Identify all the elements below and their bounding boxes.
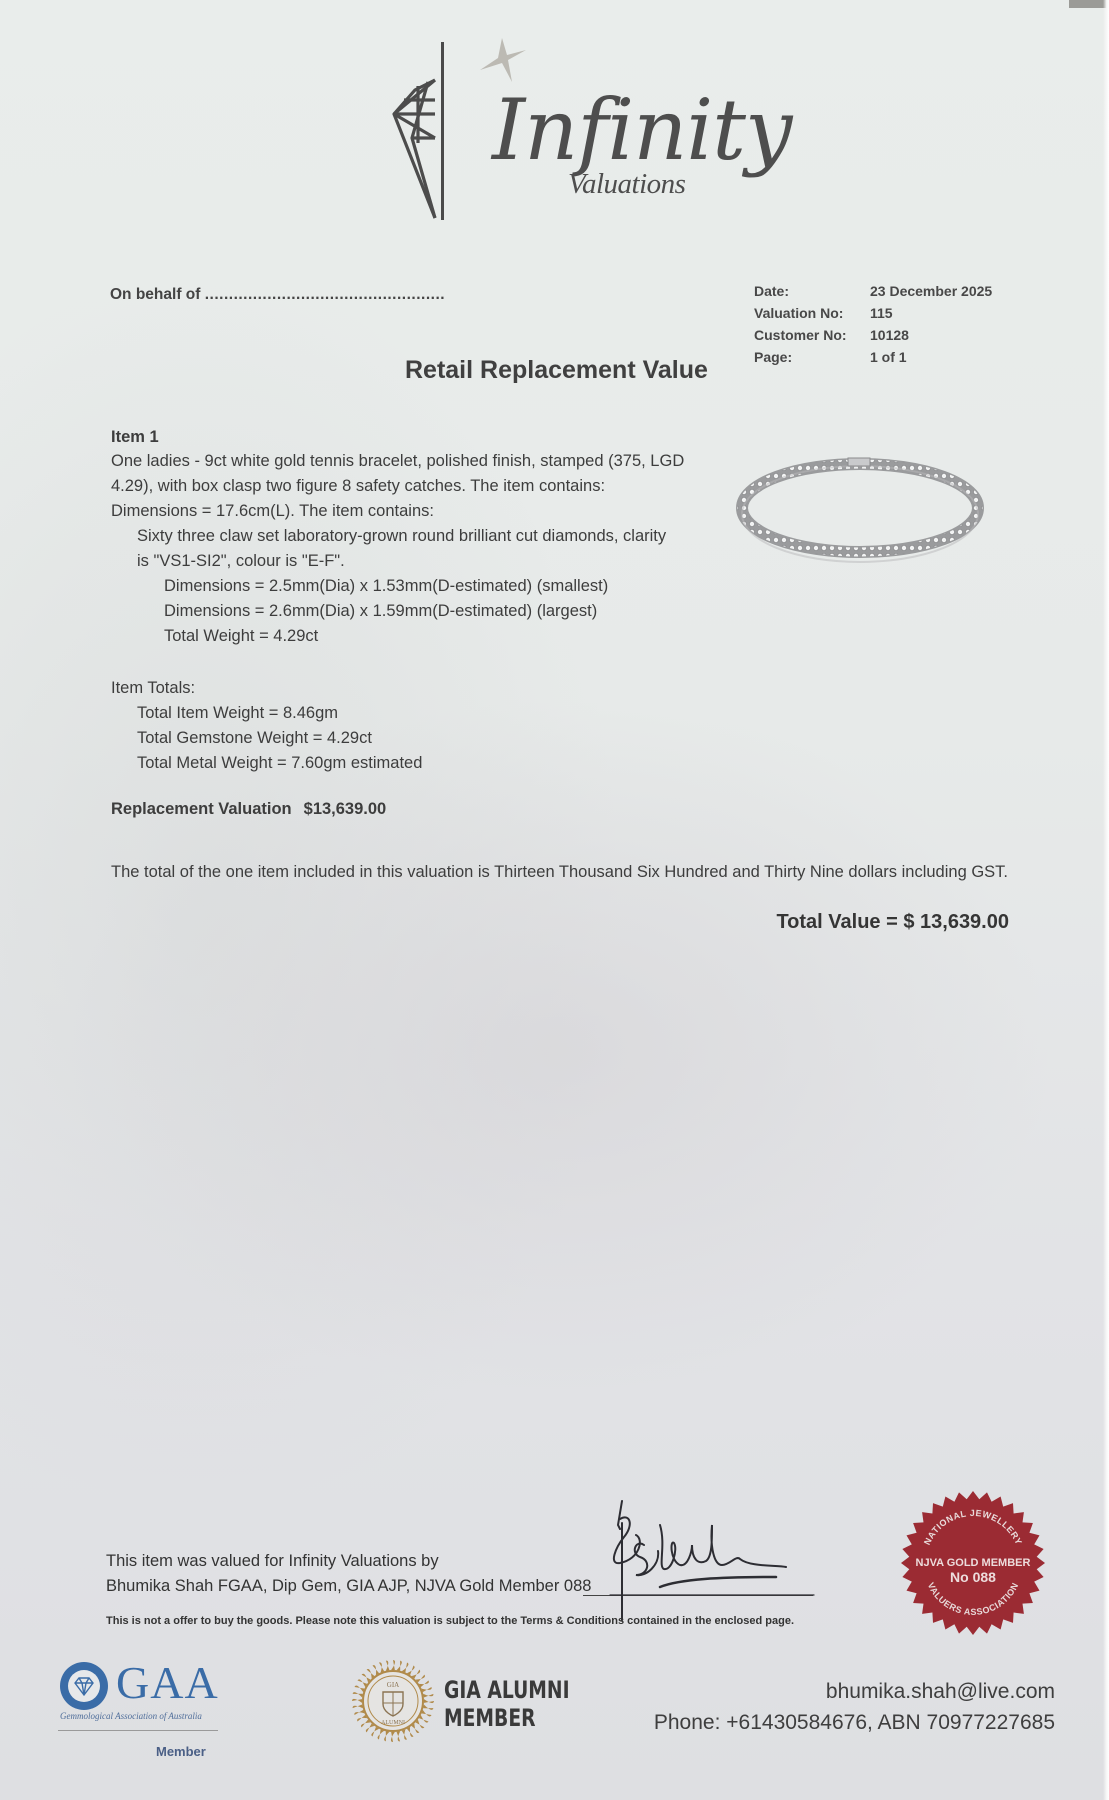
gia-emblem-top: GIA: [387, 1681, 399, 1689]
contact-phone-abn: Phone: +61430584676, ABN 70977227685: [654, 1707, 1055, 1738]
gaa-member-logo: GAA Gemmological Association of Australi…: [58, 1660, 228, 1760]
brand-name: Infinity: [492, 88, 791, 172]
document-title: Retail Replacement Value: [405, 358, 708, 383]
signature: [600, 1495, 830, 1625]
gaa-divider: [58, 1730, 218, 1731]
valuer-line-1: This item was valued for Infinity Valuat…: [106, 1549, 591, 1574]
paper-edge: [1103, 0, 1109, 1800]
seal-line-1: NJVA GOLD MEMBER: [916, 1557, 1031, 1569]
total-gemstone-weight: Total Gemstone Weight = 4.29ct: [137, 726, 372, 751]
on-behalf-label: On behalf of: [110, 286, 200, 303]
replacement-label: Replacement Valuation: [111, 800, 292, 818]
replacement-amount: $13,639.00: [304, 800, 387, 818]
meta-valuation-no: Valuation No: 115: [754, 302, 992, 324]
item-dimensions: Dimensions = 17.6cm(L). The item contain…: [111, 499, 434, 524]
stone-total-weight: Total Weight = 4.29ct: [164, 624, 318, 649]
njva-gold-member-seal: NATIONAL JEWELLERY NJVA GOLD MEMBER No 0…: [898, 1488, 1048, 1638]
total-metal-weight: Total Metal Weight = 7.60gm estimated: [137, 751, 422, 776]
valuer-credentials: Bhumika Shah FGAA, Dip Gem, GIA AJP, NJV…: [106, 1574, 591, 1599]
meta-date: Date: 23 December 2025: [754, 280, 992, 302]
meta-page: Page: 1 of 1: [754, 346, 992, 368]
gaa-name: GAA: [116, 1656, 219, 1709]
total-in-words: The total of the one item included in th…: [111, 859, 1011, 885]
total-value: Total Value = $ 13,639.00: [776, 910, 1009, 935]
valuation-meta: Date: 23 December 2025 Valuation No: 115…: [754, 280, 992, 368]
meta-label: Page:: [754, 346, 870, 368]
total-item-weight: Total Item Weight = 8.46gm: [137, 701, 338, 726]
stones-description: Sixty three claw set laboratory-grown ro…: [137, 524, 666, 549]
contact-email[interactable]: bhumika.shah@live.com: [654, 1676, 1055, 1707]
meta-label: Valuation No:: [754, 302, 870, 324]
brand-subtitle: Valuations: [568, 168, 685, 201]
item-totals-heading: Item Totals:: [111, 676, 195, 701]
item-heading: Item 1: [111, 425, 159, 450]
seal-line-2: No 088: [950, 1569, 996, 1585]
gia-alumni-logo: GIA ALUMNI GIA ALUMNI MEMBER: [350, 1658, 590, 1758]
meta-value: 115: [870, 302, 893, 324]
stone-dimensions-largest: Dimensions = 2.6mm(Dia) x 1.59mm(D-estim…: [164, 599, 597, 624]
gia-emblem-bottom: ALUMNI: [381, 1720, 405, 1726]
gaa-full-name: Gemmological Association of Australia: [60, 1711, 202, 1721]
on-behalf-blank: ........................................…: [205, 286, 445, 303]
gia-alumni-text: GIA ALUMNI MEMBER: [444, 1676, 570, 1732]
meta-value: 10128: [870, 324, 909, 346]
gia-alumni-emblem-icon: GIA ALUMNI: [350, 1658, 436, 1744]
meta-label: Customer No:: [754, 324, 870, 346]
meta-value: 23 December 2025: [870, 280, 992, 302]
valuation-document: Infinity Valuations On behalf of .......…: [0, 0, 1109, 1800]
gaa-diamond-emblem-icon: [58, 1660, 114, 1716]
meta-label: Date:: [754, 280, 870, 302]
contact-details: bhumika.shah@live.com Phone: +6143058467…: [654, 1676, 1055, 1738]
infinity-valuations-logo: Infinity Valuations: [390, 38, 750, 248]
stones-grade: is "VS1-SI2", colour is "E-F".: [137, 549, 345, 574]
stone-dimensions-smallest: Dimensions = 2.5mm(Dia) x 1.53mm(D-estim…: [164, 574, 608, 599]
gaa-member-badge: Member: [156, 1744, 206, 1759]
disclaimer: This is not a offer to buy the goods. Pl…: [106, 1609, 794, 1634]
item-description: One ladies - 9ct white gold tennis brace…: [111, 449, 711, 499]
gia-line-2: MEMBER: [444, 1704, 570, 1732]
tennis-bracelet-image: [732, 448, 988, 574]
meta-customer-no: Customer No: 10128: [754, 324, 992, 346]
gia-line-1: GIA ALUMNI: [444, 1676, 570, 1704]
replacement-valuation: Replacement Valuation$13,639.00: [111, 797, 386, 822]
valuer-statement: This item was valued for Infinity Valuat…: [106, 1549, 591, 1599]
meta-value: 1 of 1: [870, 346, 907, 368]
on-behalf-of-line: On behalf of ...........................…: [110, 282, 445, 307]
